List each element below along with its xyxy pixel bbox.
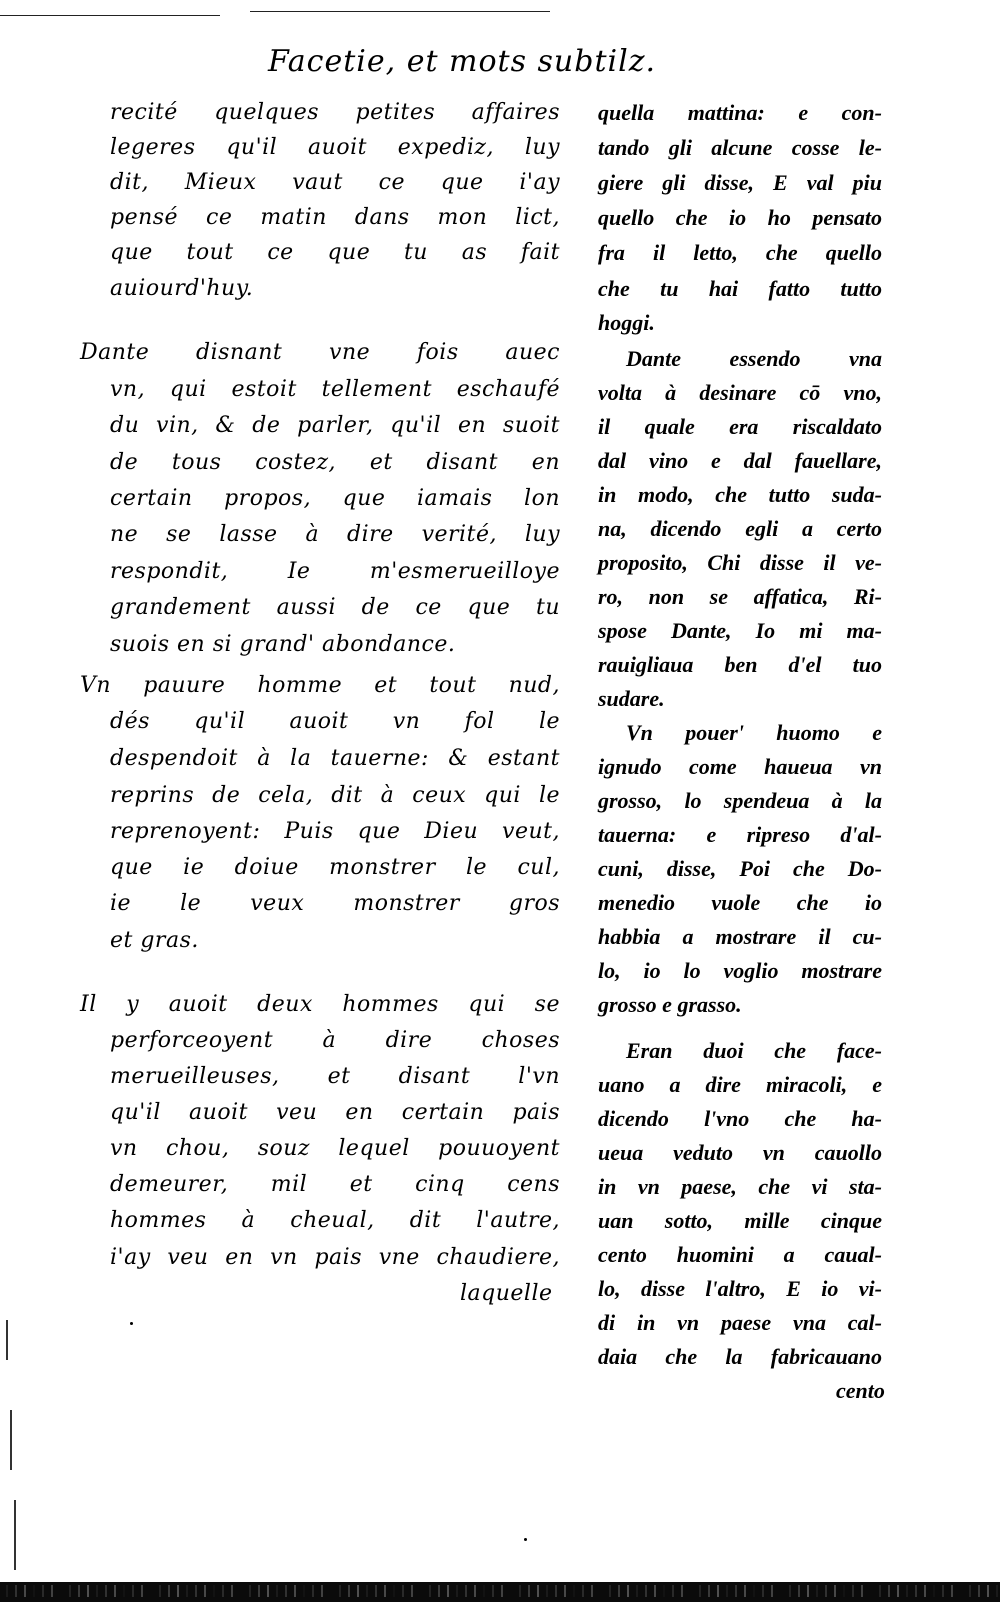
- text-line: i'ay veu en vn pais vne chaudiere,: [110, 1243, 560, 1273]
- scan-noise: [672, 1585, 674, 1597]
- text-line: il quale era riscaldato: [598, 412, 882, 442]
- scan-noise: [924, 1585, 926, 1597]
- scan-noise: [195, 1585, 197, 1597]
- text-line: reprins de cela, dit à ceux qui le: [110, 781, 560, 811]
- text-line: grosso, lo spendeua à la: [598, 786, 882, 816]
- scan-noise: [726, 1585, 728, 1597]
- text-line: Vn pouer' huomo e: [626, 718, 882, 748]
- scan-noise: [942, 1585, 944, 1597]
- scan-artifact-line: [0, 15, 220, 16]
- scan-noise: [537, 1585, 539, 1597]
- scan-noise: [996, 1585, 998, 1597]
- text-line: ie le veux monstrer gros: [110, 889, 560, 919]
- text-line: qu'il auoit veu en certain pais: [110, 1098, 560, 1128]
- text-line: lo, io lo voglio mostrare: [598, 956, 882, 986]
- scan-noise: [528, 1585, 530, 1597]
- scan-noise: [168, 1585, 170, 1597]
- scan-noise: [249, 1585, 251, 1597]
- scan-noise: [411, 1585, 413, 1597]
- scan-noise: [141, 1585, 143, 1597]
- text-line: cento huomini a caual-: [598, 1240, 882, 1270]
- scan-noise: [258, 1585, 260, 1597]
- scan-noise: [132, 1585, 134, 1597]
- scan-edge-top: [0, 6, 620, 18]
- scan-noise: [114, 1585, 116, 1597]
- scan-noise: [222, 1585, 224, 1597]
- text-line: grandement aussi de ce que tu: [110, 593, 560, 623]
- text-line: ro, non se affatica, Ri-: [598, 582, 882, 612]
- text-line: et gras.: [110, 926, 199, 956]
- scan-edge-bottom: [0, 1582, 1000, 1602]
- text-line: che tu hai fatto tutto: [598, 274, 882, 304]
- scan-noise: [897, 1585, 899, 1597]
- scan-noise: [681, 1585, 683, 1597]
- scan-noise: [276, 1585, 278, 1597]
- scan-noise: [609, 1585, 611, 1597]
- scan-noise: [24, 1585, 26, 1597]
- scan-noise: [708, 1585, 710, 1597]
- scan-noise: [213, 1585, 215, 1597]
- text-line: na, dicendo egli a certo: [598, 514, 882, 544]
- scan-noise: [519, 1585, 521, 1597]
- scan-noise: [393, 1585, 395, 1597]
- scan-artifact: [10, 1410, 12, 1470]
- scan-noise: [294, 1585, 296, 1597]
- scan-noise: [42, 1585, 44, 1597]
- text-line: recité quelques petites affaires: [110, 98, 560, 128]
- ink-speck: [130, 1322, 133, 1325]
- text-line: cento: [836, 1376, 885, 1406]
- scan-noise: [348, 1585, 350, 1597]
- text-line: dicendo l'vno che ha-: [598, 1104, 882, 1134]
- scan-noise: [51, 1585, 53, 1597]
- scan-noise: [555, 1585, 557, 1597]
- text-line: quella mattina: e con-: [598, 98, 882, 128]
- text-line: sudare.: [598, 684, 665, 714]
- text-line: pensé ce matin dans mon lict,: [110, 203, 560, 233]
- scan-noise: [483, 1585, 485, 1597]
- text-line: suois en si grand' abondance.: [110, 630, 455, 660]
- text-line: que tout ce que tu as fait: [110, 238, 560, 268]
- scan-noise: [627, 1585, 629, 1597]
- scan-noise: [339, 1585, 341, 1597]
- running-head: Facetie, et mots subtilz.: [268, 40, 728, 84]
- text-line: hoggi.: [598, 308, 655, 338]
- text-line: fra il letto, che quello: [598, 238, 882, 268]
- text-line: que ie doiue monstrer le cul,: [110, 853, 560, 883]
- text-line: uano a dire miracoli, e: [598, 1070, 882, 1100]
- scan-noise: [861, 1585, 863, 1597]
- text-line: cuni, disse, Poi che Do-: [598, 854, 882, 884]
- text-line: volta à desinare cō vno,: [598, 378, 882, 408]
- text-line: demeurer, mil et cinq cens: [110, 1170, 560, 1200]
- scan-noise: [852, 1585, 854, 1597]
- text-line: perforceoyent à dire choses: [110, 1026, 560, 1056]
- scan-noise: [186, 1585, 188, 1597]
- scan-noise: [582, 1585, 584, 1597]
- text-line: dal vino e dal fauellare,: [598, 446, 882, 476]
- scan-noise: [645, 1585, 647, 1597]
- scan-noise: [699, 1585, 701, 1597]
- scan-noise: [6, 1585, 8, 1597]
- text-line: auiourd'huy.: [110, 274, 253, 304]
- scan-noise: [96, 1585, 98, 1597]
- text-line: rauigliaua ben d'el tuo: [598, 650, 882, 680]
- text-line: tando gli alcune cosse le-: [598, 133, 882, 163]
- scan-noise: [303, 1585, 305, 1597]
- scan-noise: [933, 1585, 935, 1597]
- text-line: despendoit à la tauerne: & estant: [110, 744, 560, 774]
- scan-noise: [87, 1585, 89, 1597]
- text-line: Il y auoit deux hommes qui se: [80, 990, 560, 1020]
- text-line: giere gli disse, E val piu: [598, 168, 882, 198]
- text-line: dit, Mieux vaut ce que i'ay: [110, 168, 560, 198]
- scan-noise: [591, 1585, 593, 1597]
- text-line: grosso e grasso.: [598, 990, 742, 1020]
- scan-noise: [357, 1585, 359, 1597]
- scanned-book-page: Facetie, et mots subtilz. recité quelque…: [0, 0, 1000, 1606]
- text-line: lo, disse l'altro, E io vi-: [598, 1274, 882, 1304]
- scan-noise: [321, 1585, 323, 1597]
- text-line: laquelle: [460, 1279, 553, 1309]
- scan-noise: [888, 1585, 890, 1597]
- scan-artifact: [6, 1320, 8, 1360]
- text-line: di in vn paese vna cal-: [598, 1308, 882, 1338]
- text-line: uan sotto, mille cinque: [598, 1206, 882, 1236]
- scan-noise: [798, 1585, 800, 1597]
- text-line: Eran duoi che face-: [626, 1036, 882, 1066]
- scan-noise: [447, 1585, 449, 1597]
- scan-noise: [843, 1585, 845, 1597]
- scan-noise: [978, 1585, 980, 1597]
- scan-noise: [123, 1585, 125, 1597]
- scan-noise: [636, 1585, 638, 1597]
- scan-noise: [366, 1585, 368, 1597]
- text-line: proposito, Chi disse il ve-: [598, 548, 882, 578]
- scan-noise: [438, 1585, 440, 1597]
- text-line: quello che io ho pensato: [598, 203, 882, 233]
- scan-edge-left: [2, 1300, 26, 1580]
- scan-noise: [951, 1585, 953, 1597]
- text-line: habbia a mostrare il cu-: [598, 922, 882, 952]
- text-line: ne se lasse à dire verité, luy: [110, 520, 560, 550]
- scan-noise: [834, 1585, 836, 1597]
- scan-artifact: [14, 1500, 16, 1570]
- scan-noise: [15, 1585, 17, 1597]
- text-line: ueua veduto vn cauollo: [598, 1138, 882, 1168]
- scan-noise: [33, 1585, 35, 1597]
- text-line: Vn pauure homme et tout nud,: [80, 671, 560, 701]
- scan-noise: [564, 1585, 566, 1597]
- scan-noise: [159, 1585, 161, 1597]
- scan-noise: [204, 1585, 206, 1597]
- text-line: certain propos, que iamais lon: [110, 484, 560, 514]
- scan-noise: [429, 1585, 431, 1597]
- scan-noise: [969, 1585, 971, 1597]
- scan-noise: [456, 1585, 458, 1597]
- scan-noise: [573, 1585, 575, 1597]
- scan-noise: [654, 1585, 656, 1597]
- text-line: daia che la fabricauano: [598, 1342, 882, 1372]
- scan-noise: [492, 1585, 494, 1597]
- scan-noise: [231, 1585, 233, 1597]
- scan-noise: [546, 1585, 548, 1597]
- text-line: Dante essendo vna: [626, 344, 882, 374]
- text-line: tauerna: e ripreso d'al-: [598, 820, 882, 850]
- scan-noise: [744, 1585, 746, 1597]
- scan-noise: [879, 1585, 881, 1597]
- text-line: respondit, Ie m'esmerueilloye: [110, 557, 560, 587]
- text-line: merueilleuses, et disant l'vn: [110, 1062, 560, 1092]
- scan-noise: [717, 1585, 719, 1597]
- text-line: vn chou, souz lequel pouuoyent: [110, 1134, 560, 1164]
- scan-noise: [177, 1585, 179, 1597]
- text-line: hommes à cheual, dit l'autre,: [110, 1206, 560, 1236]
- scan-noise: [762, 1585, 764, 1597]
- text-line: vn, qui estoit tellement eschaufé: [110, 375, 560, 405]
- ink-speck: [524, 1538, 527, 1541]
- scan-noise: [915, 1585, 917, 1597]
- text-line: in vn paese, che vi sta-: [598, 1172, 882, 1202]
- text-line: menedio vuole che io: [598, 888, 882, 918]
- text-line: Dante disnant vne fois auec: [80, 338, 560, 368]
- scan-noise: [69, 1585, 71, 1597]
- scan-noise: [402, 1585, 404, 1597]
- scan-noise: [501, 1585, 503, 1597]
- text-line: spose Dante, Io mi ma-: [598, 616, 882, 646]
- text-line: de tous costez, et disant en: [110, 448, 560, 478]
- scan-noise: [312, 1585, 314, 1597]
- text-line: ignudo come haueua vn: [598, 752, 882, 782]
- text-line: reprenoyent: Puis que Dieu veut,: [110, 817, 560, 847]
- scan-noise: [375, 1585, 377, 1597]
- scan-noise: [618, 1585, 620, 1597]
- scan-noise: [465, 1585, 467, 1597]
- scan-noise: [285, 1585, 287, 1597]
- scan-artifact-line: [250, 11, 550, 12]
- scan-noise: [753, 1585, 755, 1597]
- scan-noise: [816, 1585, 818, 1597]
- scan-noise: [474, 1585, 476, 1597]
- scan-noise: [384, 1585, 386, 1597]
- text-line: in modo, che tutto suda-: [598, 480, 882, 510]
- scan-noise: [906, 1585, 908, 1597]
- scan-noise: [987, 1585, 989, 1597]
- scan-noise: [267, 1585, 269, 1597]
- text-line: du vin, & de parler, qu'il en suoit: [110, 411, 560, 441]
- scan-noise: [807, 1585, 809, 1597]
- scan-noise: [78, 1585, 80, 1597]
- text-line: legeres qu'il auoit expediz, luy: [110, 133, 560, 163]
- text-line: dés qu'il auoit vn fol le: [110, 707, 560, 737]
- scan-noise: [105, 1585, 107, 1597]
- scan-noise: [771, 1585, 773, 1597]
- scan-noise: [825, 1585, 827, 1597]
- scan-noise: [663, 1585, 665, 1597]
- scan-noise: [789, 1585, 791, 1597]
- scan-noise: [735, 1585, 737, 1597]
